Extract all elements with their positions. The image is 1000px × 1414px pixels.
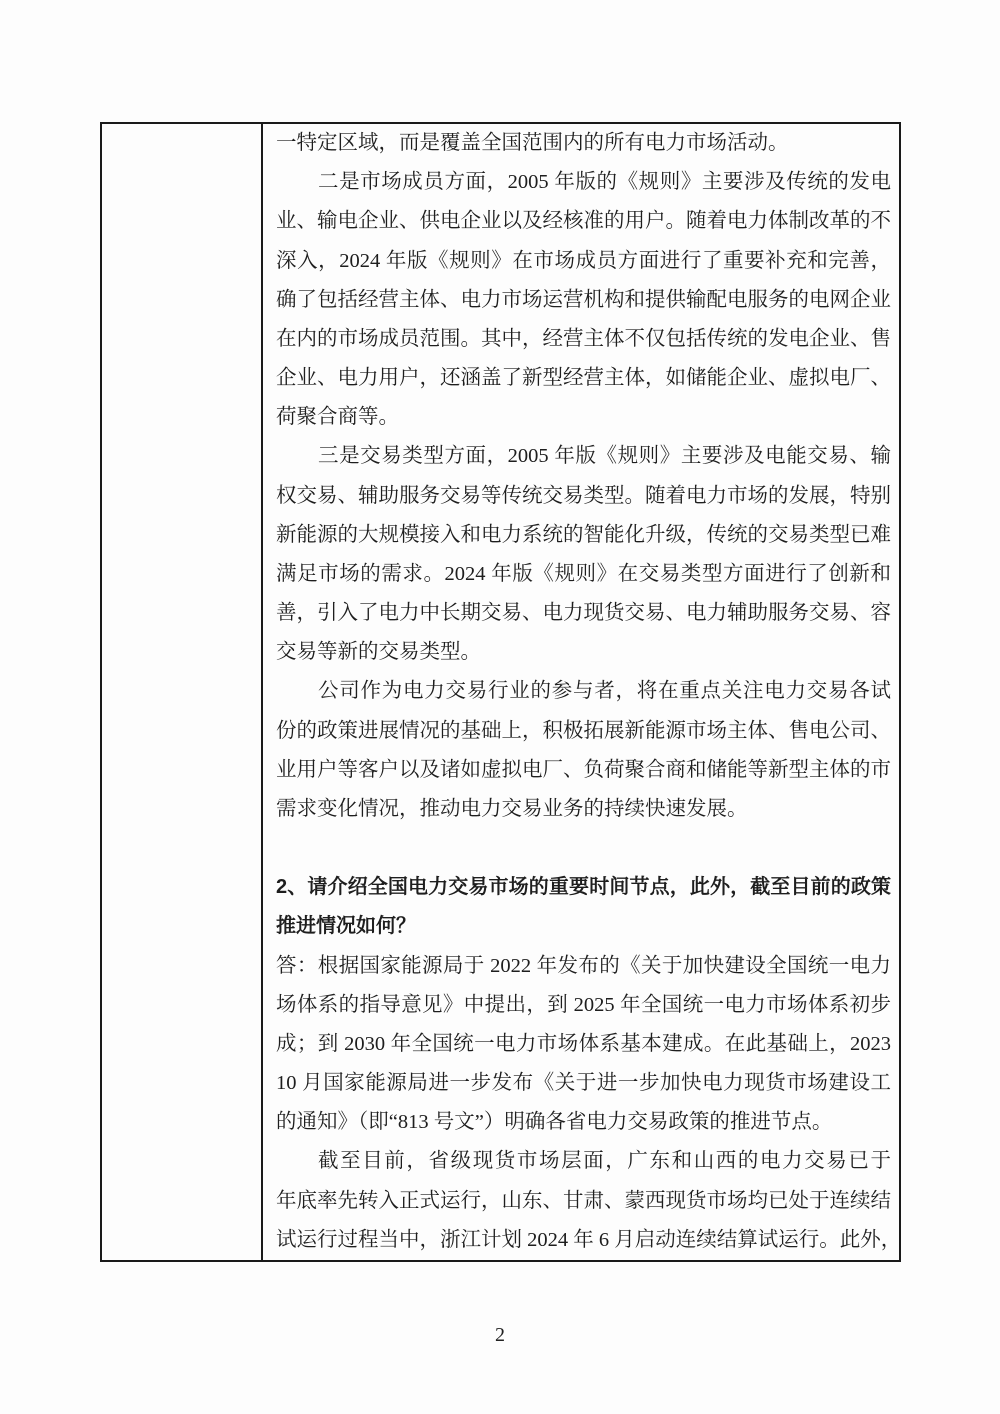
page-number: 2	[0, 1323, 1000, 1347]
text-line: 一特定区域，而是覆盖全国范围内的所有电力市场活动。	[276, 124, 891, 163]
text-line: 2、请介绍全国电力交易市场的重要时间节点，此外，截至目前的政策	[276, 868, 891, 907]
text-line: 场体系的指导意见》中提出，到 2025 年全国统一电力市场体系初步建	[276, 986, 891, 1025]
text-line: 业用户等客户以及诸如虚拟电厂、负荷聚合商和储能等新型主体的市场	[276, 751, 891, 790]
text-line: 推进情况如何？	[276, 907, 891, 946]
text-line: 需求变化情况，推动电力交易业务的持续快速发展。	[276, 790, 891, 829]
table-content-column: 一特定区域，而是覆盖全国范围内的所有电力市场活动。二是市场成员方面，2005 年…	[263, 124, 899, 1260]
text-line: 在内的市场成员范围。其中，经营主体不仅包括传统的发电企业、售电	[276, 320, 891, 359]
text-line: 三是交易类型方面，2005 年版《规则》主要涉及电能交易、输电	[276, 437, 891, 476]
text-line: 权交易、辅助服务交易等传统交易类型。随着电力市场的发展，特别是	[276, 477, 891, 516]
text-line: 企业、电力用户，还涵盖了新型经营主体，如储能企业、虚拟电厂、负	[276, 359, 891, 398]
text-line: 善，引入了电力中长期交易、电力现货交易、电力辅助服务交易、容量	[276, 594, 891, 633]
text-line: 新能源的大规模接入和电力系统的智能化升级，传统的交易类型已难以	[276, 516, 891, 555]
text-line: 深入，2024 年版《规则》在市场成员方面进行了重要补充和完善，明	[276, 242, 891, 281]
text-line: 年底率先转入正式运行，山东、甘肃、蒙西现货市场均已处于连续结算	[276, 1182, 891, 1221]
text-line: 的通知》（即“813 号文”）明确各省电力交易政策的推进节点。	[276, 1103, 891, 1142]
table-left-column	[102, 124, 263, 1260]
text-line: 公司作为电力交易行业的参与者，将在重点关注电力交易各试点省	[276, 672, 891, 711]
text-line	[276, 829, 891, 868]
document-page: { "page": { "number": "2" }, "colors": {…	[0, 0, 1000, 1414]
text-line: 满足市场的需求。2024 年版《规则》在交易类型方面进行了创新和完	[276, 555, 891, 594]
text-line: 成；到 2030 年全国统一电力市场体系基本建成。在此基础上，2023 年	[276, 1025, 891, 1064]
text-line: 业、输电企业、供电企业以及经核准的用户。随着电力体制改革的不断	[276, 202, 891, 241]
text-line: 二是市场成员方面，2005 年版的《规则》主要涉及传统的发电企	[276, 163, 891, 202]
text-line: 交易等新的交易类型。	[276, 633, 891, 672]
text-line: 确了包括经营主体、电力市场运营机构和提供输配电服务的电网企业等	[276, 281, 891, 320]
text-line: 荷聚合商等。	[276, 398, 891, 437]
text-line: 试运行过程当中，浙江计划 2024 年 6 月启动连续结算试运行。此外，	[276, 1221, 891, 1260]
text-line: 10 月国家能源局进一步发布《关于进一步加快电力现货市场建设工作	[276, 1064, 891, 1103]
text-line: 截至目前，省级现货市场层面，广东和山西的电力交易已于 2023	[276, 1142, 891, 1181]
text-line: 答：根据国家能源局于 2022 年发布的《关于加快建设全国统一电力市	[276, 947, 891, 986]
text-line: 份的政策进展情况的基础上，积极拓展新能源市场主体、售电公司、工	[276, 712, 891, 751]
qa-table: 一特定区域，而是覆盖全国范围内的所有电力市场活动。二是市场成员方面，2005 年…	[100, 122, 901, 1262]
